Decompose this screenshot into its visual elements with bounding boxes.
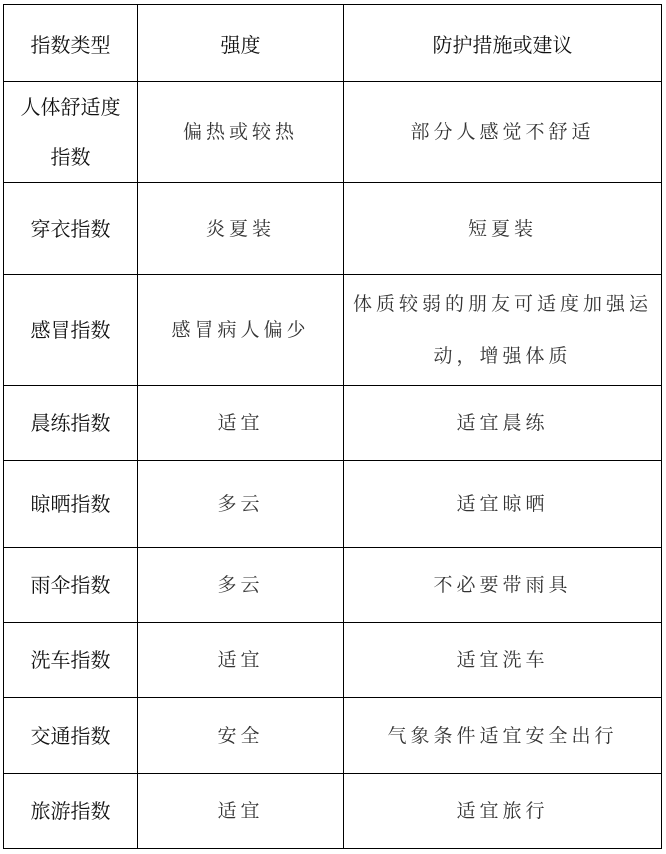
index-type-cell: 雨伞指数 [4, 548, 138, 623]
index-type-cell: 感冒指数 [4, 275, 138, 386]
advice-cell: 体质较弱的朋友可适度加强运 动，增强体质 [344, 275, 662, 386]
table-row: 晨练指数 适宜 适宜晨练 [4, 386, 662, 461]
weather-index-table: 指数类型 强度 防护措施或建议 人体舒适度 指数 偏热或较热 部分人感觉不舒适 … [3, 4, 662, 849]
table-row: 晾晒指数 多云 适宜晾晒 [4, 461, 662, 548]
index-type-cell: 旅游指数 [4, 774, 138, 849]
advice-cell: 适宜旅行 [344, 774, 662, 849]
index-type-cell: 洗车指数 [4, 623, 138, 698]
advice-cell: 气象条件适宜安全出行 [344, 698, 662, 774]
header-strength: 强度 [138, 5, 344, 82]
advice-cell: 适宜晾晒 [344, 461, 662, 548]
header-index-type: 指数类型 [4, 5, 138, 82]
strength-cell: 感冒病人偏少 [138, 275, 344, 386]
header-advice: 防护措施或建议 [344, 5, 662, 82]
table-row: 穿衣指数 炎夏装 短夏装 [4, 183, 662, 275]
strength-cell: 适宜 [138, 774, 344, 849]
advice-cell: 不必要带雨具 [344, 548, 662, 623]
index-type-cell: 晾晒指数 [4, 461, 138, 548]
table-row: 洗车指数 适宜 适宜洗车 [4, 623, 662, 698]
advice-cell: 适宜晨练 [344, 386, 662, 461]
table-row: 旅游指数 适宜 适宜旅行 [4, 774, 662, 849]
index-type-line: 指数 [4, 132, 137, 182]
advice-line: 体质较弱的朋友可适度加强运 [352, 278, 653, 330]
header-row: 指数类型 强度 防护措施或建议 [4, 5, 662, 82]
strength-cell: 安全 [138, 698, 344, 774]
strength-cell: 炎夏装 [138, 183, 344, 275]
strength-cell: 适宜 [138, 386, 344, 461]
index-type-line: 人体舒适度 [4, 82, 137, 132]
table-row: 交通指数 安全 气象条件适宜安全出行 [4, 698, 662, 774]
index-type-cell: 交通指数 [4, 698, 138, 774]
index-type-cell: 人体舒适度 指数 [4, 82, 138, 183]
table-row: 人体舒适度 指数 偏热或较热 部分人感觉不舒适 [4, 82, 662, 183]
strength-cell: 偏热或较热 [138, 82, 344, 183]
table-row: 雨伞指数 多云 不必要带雨具 [4, 548, 662, 623]
index-type-cell: 穿衣指数 [4, 183, 138, 275]
advice-line: 动，增强体质 [352, 330, 653, 382]
table-row: 感冒指数 感冒病人偏少 体质较弱的朋友可适度加强运 动，增强体质 [4, 275, 662, 386]
strength-cell: 适宜 [138, 623, 344, 698]
index-type-cell: 晨练指数 [4, 386, 138, 461]
strength-cell: 多云 [138, 548, 344, 623]
strength-cell: 多云 [138, 461, 344, 548]
advice-cell: 短夏装 [344, 183, 662, 275]
advice-cell: 适宜洗车 [344, 623, 662, 698]
advice-cell: 部分人感觉不舒适 [344, 82, 662, 183]
